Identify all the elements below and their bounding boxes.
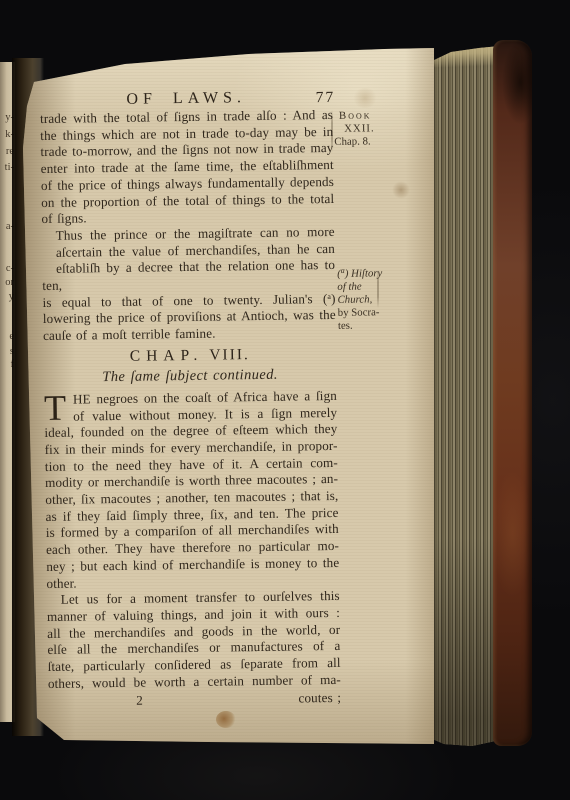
leather-cover (493, 40, 532, 746)
paragraph-1: trade with the total of ſigns in trade a… (40, 107, 335, 228)
paragraph-3-lines: ideal, founded on the degree of eſteem w… (44, 421, 339, 592)
paragraph-2-part-b: lowering the price of proviſions at Anti… (43, 307, 336, 344)
footnote-italic-lines: of theChurch, (337, 280, 393, 307)
signature-mark: 2 (136, 692, 143, 709)
book-label: Book (334, 109, 392, 123)
chapter-subtitle: The ſame ſubject continued. (44, 366, 337, 389)
text-line: cauſe of a moſt terrible famine. (43, 324, 336, 345)
paragraph-4: Let us for a moment transfer to ourſelve… (47, 588, 341, 692)
footnote-line: tes. (338, 319, 394, 333)
page-content: OF LAWS. 77 Book XXII. Chap. 8. (a) Hiſt… (21, 43, 443, 745)
catchword: coutes ; (298, 689, 341, 706)
margin-note-book: Book XXII. Chap. 8. (334, 109, 393, 149)
fore-edge-pages (430, 46, 500, 748)
chapter-number-note: Chap. 8. (334, 135, 392, 149)
footnote-line: (a) Hiſtory (337, 267, 393, 281)
margin-footnote: (a) Hiſtory of theChurch, by Socra-tes. (337, 267, 394, 333)
body-text: trade with the total of ſigns in trade a… (40, 107, 341, 712)
footnote-line: by Socra- (338, 306, 394, 320)
text-line: eſtabliſh by a decree that the relation … (42, 257, 335, 294)
paragraph-3: T HE negroes on the coaſt of Africa have… (44, 388, 340, 593)
paragraph-2: Thus the prince or the magiſtrate can no… (42, 224, 337, 345)
drop-cap: T (44, 392, 67, 424)
footnote-line: of the (337, 280, 393, 294)
book-page: OF LAWS. 77 Book XXII. Chap. 8. (a) Hiſt… (22, 48, 434, 744)
footer-row: 2 coutes ; (48, 689, 341, 711)
book-photograph: y- k- re ti- a- c- or y e s f OF LAWS. 7… (0, 0, 570, 800)
book-number: XXII. (334, 122, 392, 136)
footnote-roman-lines: by Socra-tes. (338, 306, 394, 333)
page-number: 77 (316, 89, 336, 107)
footnote-line: Church, (337, 293, 393, 307)
paragraph-2-part-a: Thus the prince or the magiſtrate can no… (42, 224, 336, 295)
